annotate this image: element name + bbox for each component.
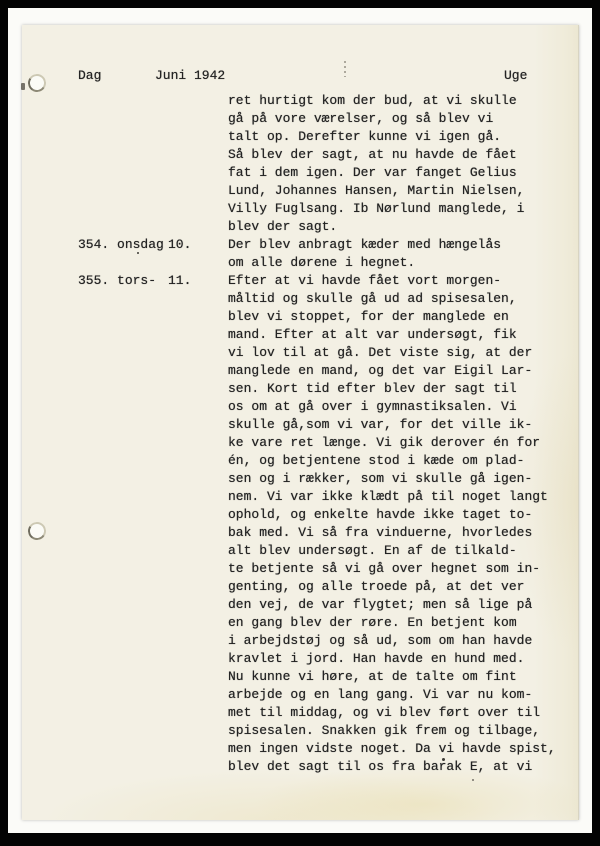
entry-number: 355.	[78, 273, 109, 288]
paper-sheet: Dag Juni 1942 Uge 354. onsdag 10. 355. t…	[22, 25, 579, 820]
text-line: sen og i rækker, som vi skulle gå igen-	[228, 470, 556, 488]
scanned-page: Dag Juni 1942 Uge 354. onsdag 10. 355. t…	[0, 0, 600, 846]
text-line: spisesalen. Snakken gik frem og tilbage,	[228, 722, 556, 740]
entry-day: onsdag	[117, 237, 164, 252]
ink-speck	[472, 779, 474, 781]
punch-hole-top	[26, 72, 47, 93]
week-column-label: Uge	[504, 67, 527, 85]
text-line: bak med. Vi så fra vinduerne, hvorledes	[228, 524, 556, 542]
entry-date: 11.	[168, 272, 191, 290]
body-text-column: ret hurtigt kom der bud, at vi skullegå …	[228, 92, 556, 776]
text-line: måltid og skulle gå ud ad spisesalen,	[228, 290, 556, 308]
day-column-label: Dag	[78, 67, 101, 85]
edge-mark	[21, 83, 25, 90]
text-line: vi lov til at gå. Det viste sig, at der	[228, 344, 556, 362]
text-line: Lund, Johannes Hansen, Martin Nielsen,	[228, 182, 556, 200]
text-line: manglede en mand, og det var Eigil Lar-	[228, 362, 556, 380]
punch-hole-bottom	[26, 520, 47, 541]
text-line: gå på vore værelser, og så blev vi	[228, 110, 556, 128]
text-line: Der blev anbragt kæder med hængelås	[228, 236, 556, 254]
text-line: ophold, og enkelte havde ikke taget to-	[228, 506, 556, 524]
month-year-title: Juni 1942	[155, 67, 225, 85]
text-line: mand. Efter at alt var undersøgt, fik	[228, 326, 556, 344]
text-line: blev vi stoppet, for der manglede en	[228, 308, 556, 326]
text-line: talt op. Derefter kunne vi igen gå.	[228, 128, 556, 146]
text-line: te betjente så vi gå over hegnet som in-	[228, 560, 556, 578]
scan-artifact	[344, 61, 346, 77]
text-line: om alle dørene i hegnet.	[228, 254, 556, 272]
entry-date: 10.	[168, 236, 191, 254]
entry-number-and-day: 354. onsdag	[78, 236, 164, 254]
text-line: Villy Fuglsang. Ib Nørlund manglede, i	[228, 200, 556, 218]
entry-number: 354.	[78, 237, 109, 252]
entry-day: tors-	[117, 273, 156, 288]
text-line: sen. Kort tid efter blev der sagt til	[228, 380, 556, 398]
text-line: ke vare ret længe. Vi gik derover én for	[228, 434, 556, 452]
text-line: blev det sagt til os fra barak E, at vi	[228, 758, 556, 776]
text-line: genting, og alle troede på, at det ver	[228, 578, 556, 596]
text-line: skulle gå,som vi var, for det ville ik-	[228, 416, 556, 434]
text-line: alt blev undersøgt. En af de tilkald-	[228, 542, 556, 560]
text-line: Så blev der sagt, at nu havde de fået	[228, 146, 556, 164]
text-line: ret hurtigt kom der bud, at vi skulle	[228, 92, 556, 110]
text-line: Efter at vi havde fået vort morgen-	[228, 272, 556, 290]
entry-number-and-day: 355. tors-	[78, 272, 156, 290]
text-line: os om at gå over i gymnastiksalen. Vi	[228, 398, 556, 416]
text-line: met til middag, og vi blev ført over til	[228, 704, 556, 722]
text-line: men ingen vidste noget. Da vi havde spis…	[228, 740, 556, 758]
text-line: fat i dem igen. Der var fanget Gelius	[228, 164, 556, 182]
text-line: én, og betjentene stod i kæde om plad-	[228, 452, 556, 470]
text-line: kravlet i jord. Han havde en hund med.	[228, 650, 556, 668]
text-line: nem. Vi var ikke klædt på til noget lang…	[228, 488, 556, 506]
text-line: i arbejdstøj og så ud, som om han havde	[228, 632, 556, 650]
text-line: arbejde og en lang gang. Vi var nu kom-	[228, 686, 556, 704]
text-line: den vej, de var flygtet; men så lige på	[228, 596, 556, 614]
text-line: Nu kunne vi høre, at de talte om fint	[228, 668, 556, 686]
text-line: en gang blev der røre. En betjent kom	[228, 614, 556, 632]
text-line: blev der sagt.	[228, 218, 556, 236]
